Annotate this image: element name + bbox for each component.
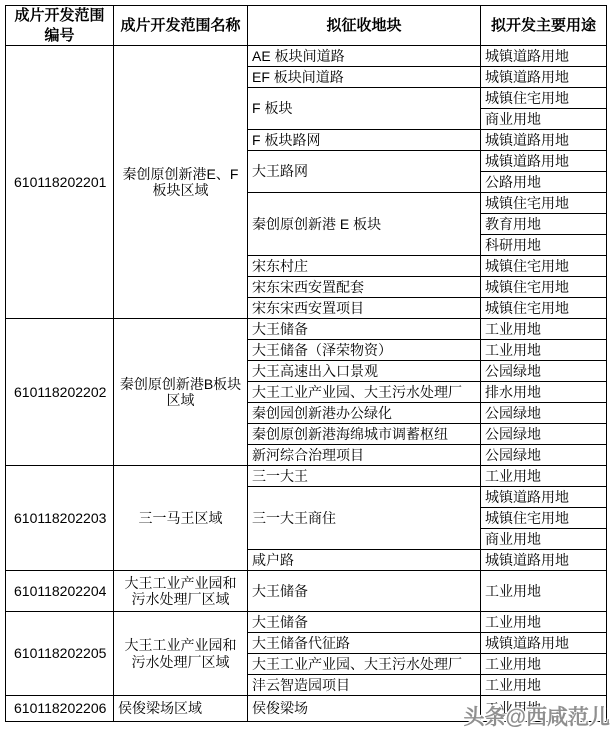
- scope-id-cell: 610118202204: [6, 571, 114, 612]
- use-cell: 科研用地: [481, 235, 607, 256]
- parcel-cell: 大王储备代征路: [248, 633, 481, 654]
- table-body: 610118202201秦创原创新港E、F 板块区域AE 板块间道路城镇道路用地…: [6, 46, 607, 722]
- use-cell: 城镇道路用地: [481, 550, 607, 571]
- parcel-cell: 大王储备: [248, 319, 481, 340]
- parcel-cell: 三一大王: [248, 466, 481, 487]
- use-cell: 工业用地: [481, 571, 607, 612]
- use-cell: 工业用地: [481, 696, 607, 722]
- parcel-cell: 大王储备: [248, 571, 481, 612]
- parcel-cell: 大王工业产业园、大王污水处理厂: [248, 382, 481, 403]
- page: 成片开发范围 编号 成片开发范围名称 拟征收地块 拟开发主要用途 6101182…: [0, 0, 611, 741]
- table-row: 610118202204大王工业产业园和 污水处理厂区域大王储备工业用地: [6, 571, 607, 612]
- scope-id-cell: 610118202205: [6, 612, 114, 696]
- use-cell: 工业用地: [481, 675, 607, 696]
- use-cell: 城镇住宅用地: [481, 193, 607, 214]
- use-cell: 城镇道路用地: [481, 67, 607, 88]
- parcel-cell: F 板块路网: [248, 130, 481, 151]
- parcel-cell: 沣云智造园项目: [248, 675, 481, 696]
- parcel-cell: 三一大王商住: [248, 487, 481, 550]
- land-acquisition-table: 成片开发范围 编号 成片开发范围名称 拟征收地块 拟开发主要用途 6101182…: [5, 5, 607, 722]
- scope-id-cell: 610118202206: [6, 696, 114, 722]
- use-cell: 公路用地: [481, 172, 607, 193]
- parcel-cell: 秦创园创新港办公绿化: [248, 403, 481, 424]
- header-scope-name: 成片开发范围名称: [114, 6, 248, 46]
- scope-name-cell: 三一马王区域: [114, 466, 248, 571]
- table-row: 610118202203三一马王区域三一大王工业用地: [6, 466, 607, 487]
- use-cell: 城镇道路用地: [481, 487, 607, 508]
- parcel-cell: 宋东宋西安置项目: [248, 298, 481, 319]
- header-row: 成片开发范围 编号 成片开发范围名称 拟征收地块 拟开发主要用途: [6, 6, 607, 46]
- parcel-cell: 大王储备: [248, 612, 481, 633]
- header-scope-id: 成片开发范围 编号: [6, 6, 114, 46]
- use-cell: 城镇住宅用地: [481, 508, 607, 529]
- header-parcel: 拟征收地块: [248, 6, 481, 46]
- parcel-cell: F 板块: [248, 88, 481, 130]
- use-cell: 公园绿地: [481, 424, 607, 445]
- table-header: 成片开发范围 编号 成片开发范围名称 拟征收地块 拟开发主要用途: [6, 6, 607, 46]
- scope-name-cell: 秦创原创新港B板块 区域: [114, 319, 248, 466]
- use-cell: 城镇道路用地: [481, 151, 607, 172]
- use-cell: 工业用地: [481, 319, 607, 340]
- scope-id-cell: 610118202202: [6, 319, 114, 466]
- use-cell: 商业用地: [481, 109, 607, 130]
- table-row: 610118202201秦创原创新港E、F 板块区域AE 板块间道路城镇道路用地: [6, 46, 607, 67]
- header-main-use: 拟开发主要用途: [481, 6, 607, 46]
- use-cell: 城镇住宅用地: [481, 277, 607, 298]
- use-cell: 公园绿地: [481, 403, 607, 424]
- use-cell: 公园绿地: [481, 361, 607, 382]
- scope-name-cell: 侯俊梁场区域: [114, 696, 248, 722]
- parcel-cell: 秦创原创新港海绵城市调蓄枢纽: [248, 424, 481, 445]
- parcel-cell: 大王路网: [248, 151, 481, 193]
- parcel-cell: 咸户路: [248, 550, 481, 571]
- parcel-cell: 大王工业产业园、大王污水处理厂: [248, 654, 481, 675]
- use-cell: 城镇住宅用地: [481, 298, 607, 319]
- scope-id-cell: 610118202203: [6, 466, 114, 571]
- parcel-cell: 宋东宋西安置配套: [248, 277, 481, 298]
- use-cell: 工业用地: [481, 466, 607, 487]
- parcel-cell: EF 板块间道路: [248, 67, 481, 88]
- use-cell: 城镇住宅用地: [481, 88, 607, 109]
- parcel-cell: AE 板块间道路: [248, 46, 481, 67]
- use-cell: 城镇道路用地: [481, 130, 607, 151]
- use-cell: 排水用地: [481, 382, 607, 403]
- scope-name-cell: 大王工业产业园和 污水处理厂区域: [114, 571, 248, 612]
- parcel-cell: 新河综合治理项目: [248, 445, 481, 466]
- scope-id-cell: 610118202201: [6, 46, 114, 319]
- parcel-cell: 大王高速出入口景观: [248, 361, 481, 382]
- table-row: 610118202205大王工业产业园和 污水处理厂区域大王储备工业用地: [6, 612, 607, 633]
- scope-name-cell: 大王工业产业园和 污水处理厂区域: [114, 612, 248, 696]
- parcel-cell: 秦创原创新港 E 板块: [248, 193, 481, 256]
- table-row: 610118202202秦创原创新港B板块 区域大王储备工业用地: [6, 319, 607, 340]
- scope-name-cell: 秦创原创新港E、F 板块区域: [114, 46, 248, 319]
- use-cell: 城镇道路用地: [481, 633, 607, 654]
- use-cell: 城镇道路用地: [481, 46, 607, 67]
- parcel-cell: 宋东村庄: [248, 256, 481, 277]
- parcel-cell: 大王储备（泽荣物资）: [248, 340, 481, 361]
- use-cell: 工业用地: [481, 340, 607, 361]
- use-cell: 工业用地: [481, 654, 607, 675]
- use-cell: 公园绿地: [481, 445, 607, 466]
- parcel-cell: 侯俊梁场: [248, 696, 481, 722]
- table-row: 610118202206侯俊梁场区域侯俊梁场工业用地: [6, 696, 607, 722]
- use-cell: 工业用地: [481, 612, 607, 633]
- use-cell: 教育用地: [481, 214, 607, 235]
- use-cell: 城镇住宅用地: [481, 256, 607, 277]
- use-cell: 商业用地: [481, 529, 607, 550]
